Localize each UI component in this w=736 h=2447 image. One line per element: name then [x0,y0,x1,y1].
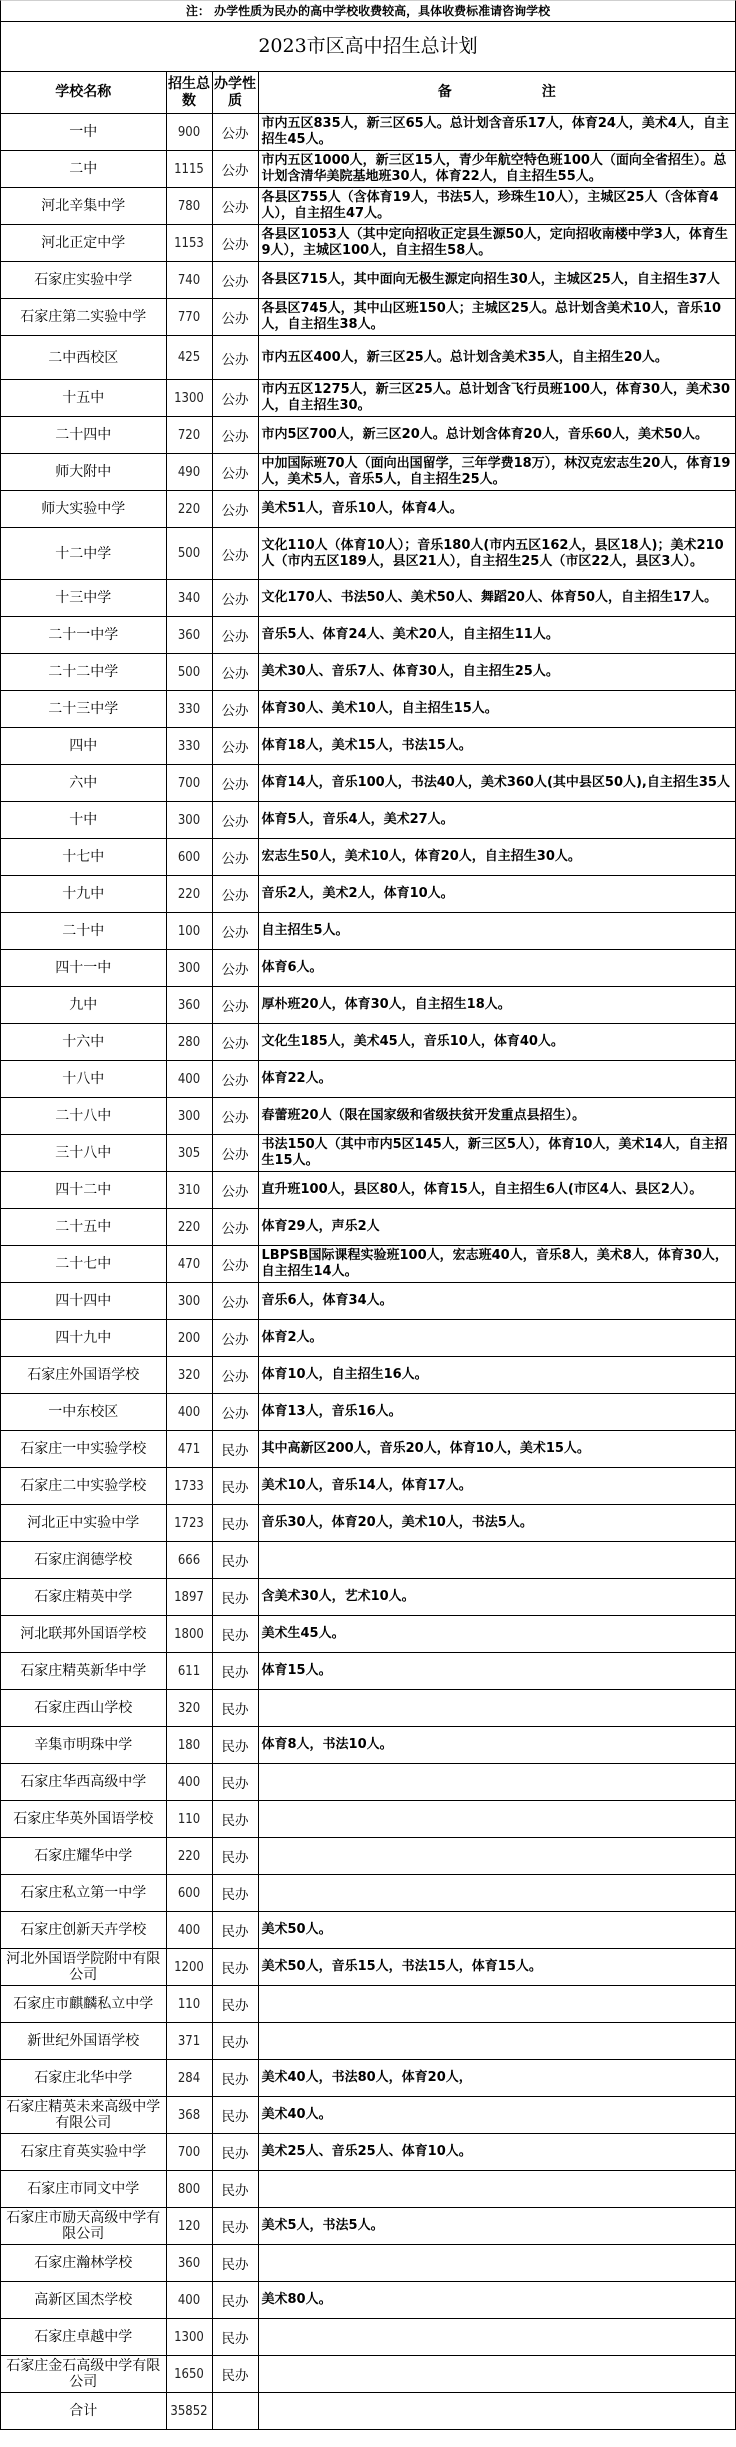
school-name: 河北联邦外国语学校 [1,1616,166,1653]
table-row: 十中300公办体育5人，音乐4人，美术27人。 [1,802,735,839]
enroll-total: 400 [166,1061,212,1098]
school-name: 四十二中 [1,1172,166,1209]
enroll-total: 320 [166,1690,212,1727]
table-row: 二十三中学330公办体育30人、美术10人，自主招生15人。 [1,691,735,728]
remark: 音乐6人，体育34人。 [258,1283,735,1320]
school-name: 石家庄北华中学 [1,2060,166,2097]
school-type: 公办 [212,876,258,913]
school-name: 四中 [1,728,166,765]
table-row: 十六中280公办文化生185人，美术45人，音乐10人，体育40人。 [1,1024,735,1061]
school-name: 石家庄市励天高级中学有限公司 [1,2208,166,2245]
school-name: 石家庄市同文中学 [1,2171,166,2208]
school-name: 十六中 [1,1024,166,1061]
school-name: 二十三中学 [1,691,166,728]
school-name: 石家庄外国语学校 [1,1357,166,1394]
school-type: 公办 [212,454,258,491]
table-row: 九中360公办厚朴班20人，体育30人，自主招生18人。 [1,987,735,1024]
school-type: 民办 [212,1468,258,1505]
school-type: 民办 [212,1579,258,1616]
table-row: 石家庄华西高级中学400民办 [1,1764,735,1801]
remark: 其中高新区200人，音乐20人，体育10人，美术15人。 [258,1431,735,1468]
school-type: 公办 [212,151,258,188]
table-row: 石家庄市同文中学800民办 [1,2171,735,2208]
school-type: 民办 [212,2134,258,2171]
enroll-total: 720 [166,417,212,454]
school-type: 民办 [212,2356,258,2393]
school-name: 石家庄育英实验中学 [1,2134,166,2171]
school-type: 公办 [212,1024,258,1061]
enroll-total: 1115 [166,151,212,188]
remark: 美术80人。 [258,2282,735,2319]
enroll-total: 800 [166,2171,212,2208]
school-type: 公办 [212,1283,258,1320]
remark: 市内5区700人，新三区20人。总计划含体育20人，音乐60人，美术50人。 [258,417,735,454]
school-name: 石家庄第二实验中学 [1,299,166,336]
school-name: 新世纪外国语学校 [1,2023,166,2060]
school-type: 民办 [212,1690,258,1727]
remark: 美术25人、音乐25人、体育10人。 [258,2134,735,2171]
header-note-a: 备 [438,84,452,100]
enroll-total: 100 [166,913,212,950]
school-name: 一中东校区 [1,1394,166,1431]
table-row: 二中1115公办市内五区1000人，新三区15人，青少年航空特色班100人（面向… [1,151,735,188]
page-title: 2023市区高中招生总计划 [1,22,735,72]
school-name: 辛集市明珠中学 [1,1727,166,1764]
table-row: 高新区国杰学校400民办美术80人。 [1,2282,735,2319]
total-row: 合计35852 [1,2393,735,2430]
school-type: 民办 [212,2245,258,2282]
table-row: 石家庄实验中学740公办各县区715人，其中面向无极生源定向招生30人，主城区2… [1,262,735,299]
remark: 市内五区835人，新三区65人。总计划含音乐17人，体育24人，美术4人，自主招… [258,114,735,151]
school-name: 师大实验中学 [1,491,166,528]
remark: 各县区715人，其中面向无极生源定向招生30人，主城区25人，自主招生37人 [258,262,735,299]
table-row: 石家庄华英外国语学校110民办 [1,1801,735,1838]
enroll-total: 600 [166,1875,212,1912]
enroll-total: 300 [166,1098,212,1135]
school-type: 民办 [212,2097,258,2134]
table-row: 石家庄卓越中学1300民办 [1,2319,735,2356]
school-name: 石家庄华英外国语学校 [1,1801,166,1838]
remark: 市内五区1000人，新三区15人，青少年航空特色班100人（面向全省招生）。总计… [258,151,735,188]
school-type: 公办 [212,765,258,802]
remark [258,1690,735,1727]
remark: 书法150人（其中市内5区145人，新三区5人），体育10人，美术14人，自主招… [258,1135,735,1172]
enroll-total: 490 [166,454,212,491]
school-type: 民办 [212,2060,258,2097]
header-note-b: 注 [542,84,556,100]
table-row: 十八中400公办体育22人。 [1,1061,735,1098]
table-row: 河北外国语学院附中有限公司1200民办美术50人，音乐15人，书法15人，体育1… [1,1949,735,1986]
school-name: 石家庄市麒麟私立中学 [1,1986,166,2023]
remark: LBPSB国际课程实验班100人，宏志班40人，音乐8人，美术8人，体育30人，… [258,1246,735,1283]
school-type: 民办 [212,1542,258,1579]
school-type: 公办 [212,1061,258,1098]
remark: 春蕾班20人（限在国家级和省级扶贫开发重点县招生）。 [258,1098,735,1135]
school-name: 一中 [1,114,166,151]
enroll-total: 280 [166,1024,212,1061]
table-row: 河北正中实验中学1723民办音乐30人，体育20人，美术10人，书法5人。 [1,1505,735,1542]
enroll-total: 120 [166,2208,212,2245]
table-row: 河北辛集中学780公办各县区755人（含体育19人，书法5人，珍珠生10人），主… [1,188,735,225]
school-name: 二十七中 [1,1246,166,1283]
table-row: 石家庄第二实验中学770公办各县区745人，其中山区班150人；主城区25人。总… [1,299,735,336]
enroll-total: 600 [166,839,212,876]
table-row: 石家庄耀华中学220民办 [1,1838,735,1875]
school-type: 民办 [212,1986,258,2023]
table-row: 四十二中310公办直升班100人，县区80人，体育15人，自主招生6人(市区4人… [1,1172,735,1209]
school-name: 四十一中 [1,950,166,987]
enroll-total: 220 [166,876,212,913]
remark [258,1838,735,1875]
school-name: 二中西校区 [1,336,166,380]
table-row: 石家庄西山学校320民办 [1,1690,735,1727]
school-type: 公办 [212,528,258,580]
enroll-total: 300 [166,950,212,987]
enroll-total: 360 [166,617,212,654]
remark: 体育14人，音乐100人，书法40人，美术360人(其中县区50人),自主招生3… [258,765,735,802]
school-type: 公办 [212,225,258,262]
table-row: 二十一中学360公办音乐5人、体育24人、美术20人，自主招生11人。 [1,617,735,654]
school-type: 公办 [212,580,258,617]
total-label: 合计 [1,2393,166,2430]
remark: 直升班100人，县区80人，体育15人，自主招生6人(市区4人、县区2人）。 [258,1172,735,1209]
enroll-total: 220 [166,1209,212,1246]
school-name: 石家庄卓越中学 [1,2319,166,2356]
table-row: 新世纪外国语学校371民办 [1,2023,735,2060]
school-name: 十二中学 [1,528,166,580]
remark: 体育8人，书法10人。 [258,1727,735,1764]
remark: 美术30人、音乐7人、体育30人，自主招生25人。 [258,654,735,691]
school-type: 公办 [212,336,258,380]
remark: 文化170人、书法50人、美术50人、舞蹈20人、体育50人，自主招生17人。 [258,580,735,617]
remark: 音乐2人，美术2人，体育10人。 [258,876,735,913]
table-row: 一中东校区400公办体育13人，音乐16人。 [1,1394,735,1431]
remark: 体育30人、美术10人，自主招生15人。 [258,691,735,728]
school-name: 石家庄一中实验学校 [1,1431,166,1468]
school-type: 民办 [212,2208,258,2245]
school-type: 公办 [212,1135,258,1172]
enrollment-plan-sheet: 注： 办学性质为民办的高中学校收费较高，具体收费标准请咨询学校 2023市区高中… [0,0,736,2430]
table-header-row: 学校名称 招生总数 办学性质 备注 [1,72,735,114]
enroll-total: 666 [166,1542,212,1579]
school-type: 民办 [212,1616,258,1653]
table-row: 三十八中305公办书法150人（其中市内5区145人，新三区5人），体育10人，… [1,1135,735,1172]
school-type: 公办 [212,1394,258,1431]
school-name: 石家庄创新天卉学校 [1,1912,166,1949]
school-name: 石家庄耀华中学 [1,1838,166,1875]
enroll-total: 340 [166,580,212,617]
enroll-total: 368 [166,2097,212,2134]
header-type: 办学性质 [212,72,258,114]
table-row: 石家庄北华中学284民办美术40人，书法80人，体育20人， [1,2060,735,2097]
enroll-total: 425 [166,336,212,380]
school-name: 六中 [1,765,166,802]
school-name: 石家庄二中实验学校 [1,1468,166,1505]
school-type: 公办 [212,617,258,654]
table-row: 石家庄外国语学校320公办体育10人，自主招生16人。 [1,1357,735,1394]
school-name: 二中 [1,151,166,188]
remark: 文化生185人，美术45人，音乐10人，体育40人。 [258,1024,735,1061]
remark: 音乐30人，体育20人，美术10人，书法5人。 [258,1505,735,1542]
remark: 中加国际班70人（面向出国留学，三年学费18万），林汉克宏志生20人，体育19人… [258,454,735,491]
enroll-total: 320 [166,1357,212,1394]
school-name: 石家庄金石高级中学有限公司 [1,2356,166,2393]
school-type: 民办 [212,2282,258,2319]
table-row: 石家庄一中实验学校471民办其中高新区200人，音乐20人，体育10人，美术15… [1,1431,735,1468]
remark [258,2319,735,2356]
table-row: 十九中220公办音乐2人，美术2人，体育10人。 [1,876,735,913]
school-type: 公办 [212,802,258,839]
table-row: 四中330公办体育18人，美术15人，书法15人。 [1,728,735,765]
table-row: 十五中1300公办市内五区1275人，新三区25人。总计划含飞行员班100人，体… [1,380,735,417]
remark: 自主招生5人。 [258,913,735,950]
enroll-total: 700 [166,2134,212,2171]
enroll-total: 500 [166,654,212,691]
table-row: 石家庄二中实验学校1733民办美术10人，音乐14人，体育17人。 [1,1468,735,1505]
enroll-total: 400 [166,1912,212,1949]
table-row: 石家庄创新天卉学校400民办美术50人。 [1,1912,735,1949]
school-type: 公办 [212,950,258,987]
enroll-total: 471 [166,1431,212,1468]
remark: 美术5人，书法5人。 [258,2208,735,2245]
enroll-total: 360 [166,2245,212,2282]
remark: 美术40人，书法80人，体育20人， [258,2060,735,2097]
enroll-total: 305 [166,1135,212,1172]
remark: 美术10人，音乐14人，体育17人。 [258,1468,735,1505]
enroll-total: 780 [166,188,212,225]
school-name: 二十一中学 [1,617,166,654]
remark: 体育5人，音乐4人，美术27人。 [258,802,735,839]
school-type: 民办 [212,1875,258,1912]
enroll-total: 700 [166,765,212,802]
table-row: 石家庄育英实验中学700民办美术25人、音乐25人、体育10人。 [1,2134,735,2171]
enroll-total: 300 [166,1283,212,1320]
table-row: 四十一中300公办体育6人。 [1,950,735,987]
school-name: 九中 [1,987,166,1024]
school-name: 四十四中 [1,1283,166,1320]
table-row: 石家庄精英新华中学611民办体育15人。 [1,1653,735,1690]
remark-highlight: 面向出国留学，三年学费18万 [371,456,545,471]
table-row: 二十二中学500公办美术30人、音乐7人、体育30人，自主招生25人。 [1,654,735,691]
remark [258,1764,735,1801]
enroll-total: 330 [166,691,212,728]
enroll-total: 770 [166,299,212,336]
school-name: 石家庄瀚林学校 [1,2245,166,2282]
remark: 体育6人。 [258,950,735,987]
school-name: 河北辛集中学 [1,188,166,225]
enroll-total: 1300 [166,2319,212,2356]
school-name: 十九中 [1,876,166,913]
enroll-total: 220 [166,491,212,528]
school-type: 民办 [212,1764,258,1801]
remark: 体育22人。 [258,1061,735,1098]
remark [258,2245,735,2282]
remark [258,1542,735,1579]
school-name: 河北正定中学 [1,225,166,262]
enroll-total: 400 [166,1394,212,1431]
table-row: 石家庄市麒麟私立中学110民办 [1,1986,735,2023]
enroll-total: 900 [166,114,212,151]
school-name: 石家庄精英中学 [1,1579,166,1616]
enroll-total: 400 [166,1764,212,1801]
header-school-name: 学校名称 [1,72,166,114]
remark: 市内五区400人，新三区25人。总计划含美术35人，自主招生20人。 [258,336,735,380]
school-type: 公办 [212,1357,258,1394]
table-row: 二十中100公办自主招生5人。 [1,913,735,950]
school-type: 公办 [212,1098,258,1135]
table-row: 石家庄金石高级中学有限公司1650民办 [1,2356,735,2393]
remark [258,1801,735,1838]
remark: 各县区1053人（其中定向招收正定县生源50人，定向招收南楼中学3人，体育生9人… [258,225,735,262]
enroll-total: 200 [166,1320,212,1357]
table-row: 石家庄私立第一中学600民办 [1,1875,735,1912]
total-remark [258,2393,735,2430]
remark-part: 中加国际班70人（ [262,456,371,471]
school-name: 三十八中 [1,1135,166,1172]
table-row: 十七中600公办宏志生50人，美术10人，体育20人，自主招生30人。 [1,839,735,876]
school-name: 石家庄润德学校 [1,1542,166,1579]
enroll-total: 611 [166,1653,212,1690]
school-name: 二十四中 [1,417,166,454]
remark: 美术40人。 [258,2097,735,2134]
remark: 体育29人，声乐2人 [258,1209,735,1246]
remark [258,1986,735,2023]
school-name: 二十五中 [1,1209,166,1246]
table-row: 一中900公办市内五区835人，新三区65人。总计划含音乐17人，体育24人，美… [1,114,735,151]
school-type: 公办 [212,1246,258,1283]
school-name: 石家庄华西高级中学 [1,1764,166,1801]
school-name: 石家庄实验中学 [1,262,166,299]
total-type [212,2393,258,2430]
school-name: 师大附中 [1,454,166,491]
enroll-total: 300 [166,802,212,839]
enroll-total: 371 [166,2023,212,2060]
school-type: 民办 [212,1838,258,1875]
table-row: 二十七中470公办LBPSB国际课程实验班100人，宏志班40人，音乐8人，美术… [1,1246,735,1283]
table-row: 河北正定中学1153公办各县区1053人（其中定向招收正定县生源50人，定向招收… [1,225,735,262]
enroll-total: 1300 [166,380,212,417]
school-type: 公办 [212,913,258,950]
enroll-total: 284 [166,2060,212,2097]
school-type: 民办 [212,1653,258,1690]
enroll-total: 400 [166,2282,212,2319]
school-name: 二十中 [1,913,166,950]
school-type: 民办 [212,2023,258,2060]
fee-notice: 注： 办学性质为民办的高中学校收费较高，具体收费标准请咨询学校 [1,1,735,22]
school-type: 民办 [212,1912,258,1949]
school-type: 公办 [212,299,258,336]
school-type: 公办 [212,691,258,728]
remark: 含美术30人，艺术10人。 [258,1579,735,1616]
remark: 音乐5人、体育24人、美术20人，自主招生11人。 [258,617,735,654]
school-type: 公办 [212,188,258,225]
remark [258,2023,735,2060]
enroll-total: 1200 [166,1949,212,1986]
remark: 体育10人，自主招生16人。 [258,1357,735,1394]
school-type: 公办 [212,728,258,765]
school-type: 公办 [212,1320,258,1357]
school-type: 民办 [212,1431,258,1468]
school-name: 十八中 [1,1061,166,1098]
enroll-total: 1650 [166,2356,212,2393]
school-type: 公办 [212,987,258,1024]
school-type: 公办 [212,1209,258,1246]
remark: 体育2人。 [258,1320,735,1357]
school-type: 民办 [212,1727,258,1764]
school-name: 二十八中 [1,1098,166,1135]
school-type: 公办 [212,114,258,151]
remark: 厚朴班20人，体育30人，自主招生18人。 [258,987,735,1024]
school-name: 高新区国杰学校 [1,2282,166,2319]
table-row: 二十五中220公办体育29人，声乐2人 [1,1209,735,1246]
remark: 体育13人，音乐16人。 [258,1394,735,1431]
school-type: 民办 [212,1801,258,1838]
school-type: 公办 [212,417,258,454]
remark [258,2356,735,2393]
school-type: 民办 [212,2171,258,2208]
remark: 美术50人。 [258,1912,735,1949]
enroll-total: 1733 [166,1468,212,1505]
remark: 宏志生50人，美术10人，体育20人，自主招生30人。 [258,839,735,876]
remark: 各县区745人，其中山区班150人；主城区25人。总计划含美术10人，音乐10人… [258,299,735,336]
header-note: 备注 [258,72,735,114]
header-total: 招生总数 [166,72,212,114]
school-type: 公办 [212,839,258,876]
table-row: 石家庄市励天高级中学有限公司120民办美术5人，书法5人。 [1,2208,735,2245]
school-type: 公办 [212,491,258,528]
table-row: 石家庄润德学校666民办 [1,1542,735,1579]
table-row: 石家庄精英中学1897民办含美术30人，艺术10人。 [1,1579,735,1616]
school-type: 民办 [212,1505,258,1542]
school-type: 民办 [212,2319,258,2356]
school-name: 十三中学 [1,580,166,617]
enroll-total: 470 [166,1246,212,1283]
enroll-total: 1153 [166,225,212,262]
school-type: 民办 [212,1949,258,1986]
remark: 市内五区1275人，新三区25人。总计划含飞行员班100人，体育30人，美术30… [258,380,735,417]
enroll-total: 310 [166,1172,212,1209]
enroll-total: 1800 [166,1616,212,1653]
table-row: 十二中学500公办文化110人（体育10人）；音乐180人(市内五区162人，县… [1,528,735,580]
school-name: 四十九中 [1,1320,166,1357]
remark: 美术51人，音乐10人，体育4人。 [258,491,735,528]
remark: 体育15人。 [258,1653,735,1690]
school-name: 石家庄私立第一中学 [1,1875,166,1912]
remark: 美术50人，音乐15人，书法15人，体育15人。 [258,1949,735,1986]
school-type: 公办 [212,654,258,691]
enroll-total: 110 [166,1986,212,2023]
table-row: 二中西校区425公办市内五区400人，新三区25人。总计划含美术35人，自主招生… [1,336,735,380]
school-name: 十七中 [1,839,166,876]
table-row: 石家庄精英未来高级中学有限公司368民办美术40人。 [1,2097,735,2134]
school-type: 公办 [212,262,258,299]
enroll-total: 360 [166,987,212,1024]
table-row: 六中700公办体育14人，音乐100人，书法40人，美术360人(其中县区50人… [1,765,735,802]
table-row: 四十四中300公办音乐6人，体育34人。 [1,1283,735,1320]
enroll-total: 740 [166,262,212,299]
table-row: 辛集市明珠中学180民办体育8人，书法10人。 [1,1727,735,1764]
school-name: 河北外国语学院附中有限公司 [1,1949,166,1986]
remark: 美术生45人。 [258,1616,735,1653]
school-type: 公办 [212,380,258,417]
school-name: 河北正中实验中学 [1,1505,166,1542]
remark: 文化110人（体育10人）；音乐180人(市内五区162人，县区18人)；美术2… [258,528,735,580]
remark [258,1875,735,1912]
table-row: 二十八中300公办春蕾班20人（限在国家级和省级扶贫开发重点县招生）。 [1,1098,735,1135]
enroll-total: 220 [166,1838,212,1875]
school-name: 二十二中学 [1,654,166,691]
school-name: 十中 [1,802,166,839]
